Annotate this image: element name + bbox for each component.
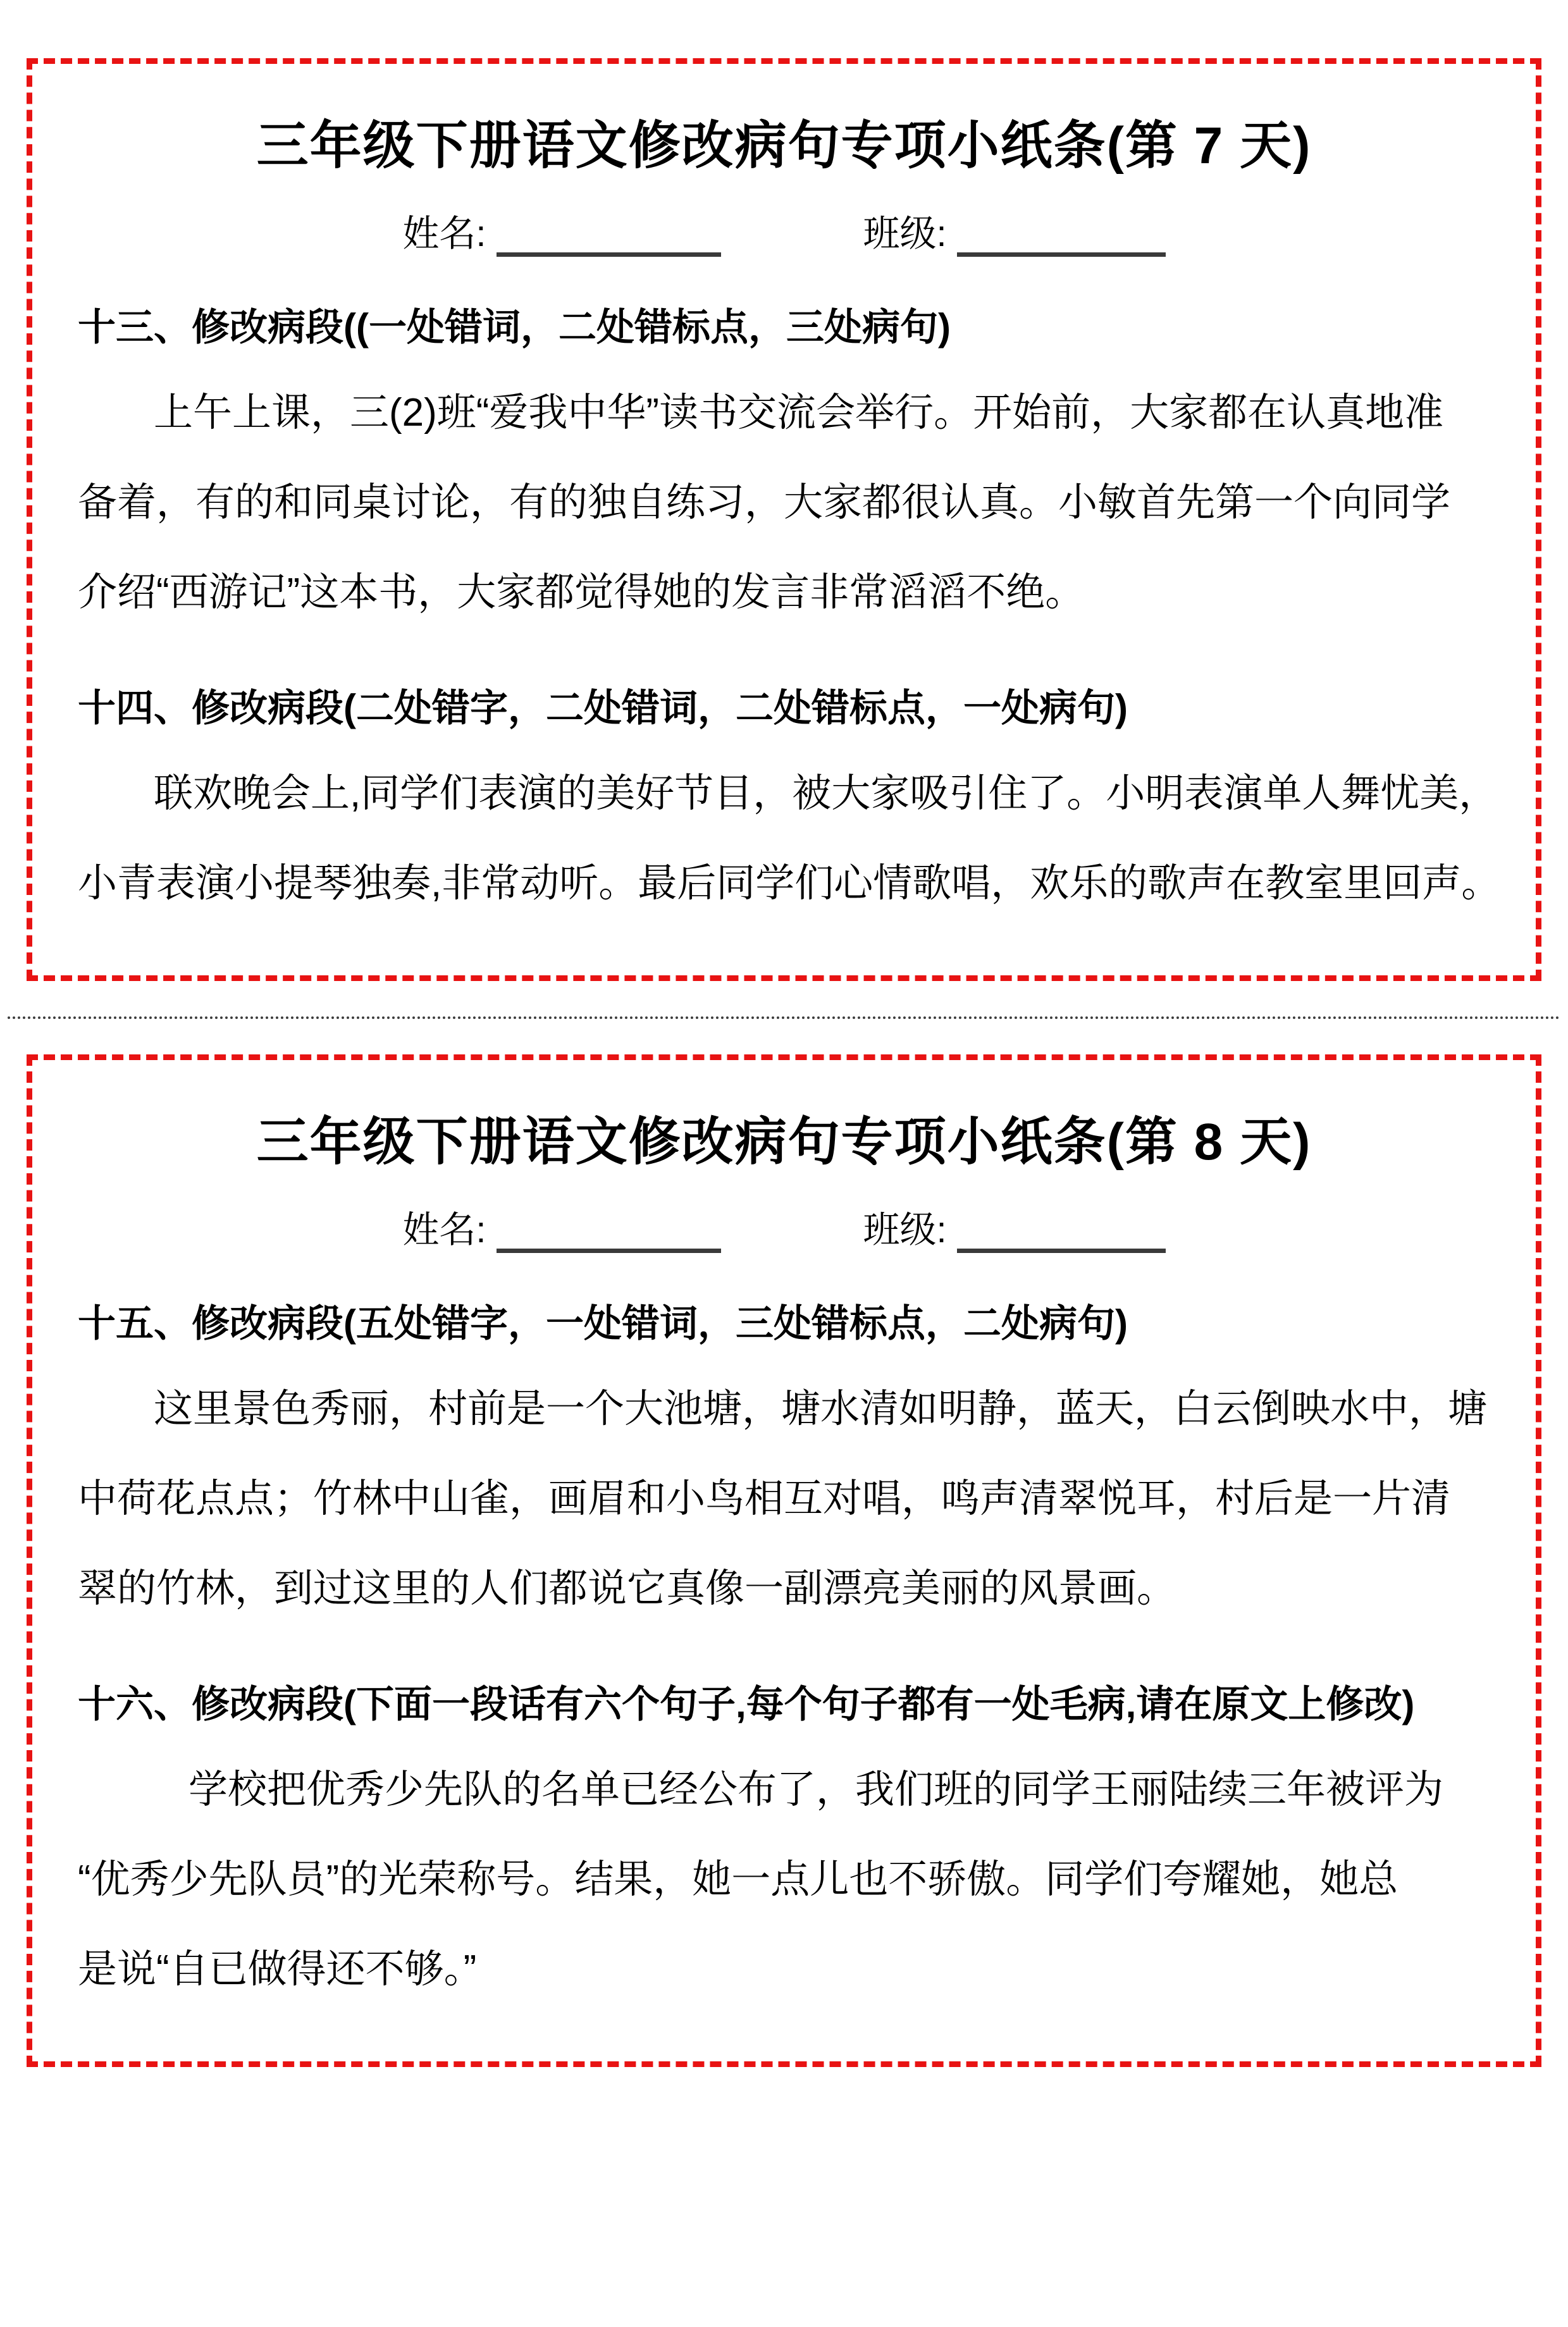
cut-line-divider (8, 1016, 1560, 1019)
page-title: 三年级下册语文修改病句专项小纸条(第 8 天) (78, 1101, 1490, 1175)
class-field: 班级: (863, 204, 1166, 257)
paragraph-line: 备着，有的和同桌讨论，有的独自练习，大家都很认真。小敏首先第一个向同学 (78, 458, 1490, 548)
section-heading-16: 十六、修改病段(下面一段话有六个句子,每个句子都有一处毛病,请在原文上修改) (78, 1674, 1490, 1729)
name-field: 姓名: (402, 204, 720, 257)
name-label: 姓名: (402, 204, 486, 257)
worksheet-slip-day7: 三年级下册语文修改病句专项小纸条(第 7 天) 姓名: 班级: 十三、修改病段(… (27, 58, 1541, 981)
paragraph-line: “优秀少先队员”的光荣称号。结果，她一点儿也不骄傲。同学们夸耀她，她总 (78, 1835, 1490, 1925)
paragraph-line: 是说“自已做得还不够。” (78, 1925, 1490, 2015)
section-paragraph-15: 这里景色秀丽，村前是一个大池塘，塘水清如明静，蓝天，白云倒映水中，塘 中荷花点点… (78, 1364, 1490, 1634)
class-label: 班级: (863, 204, 947, 257)
paragraph-line: 学校把优秀少先队的名单已经公布了，我们班的同学王丽陆续三年被评为 (78, 1745, 1490, 1835)
section-heading-14: 十四、修改病段(二处错字，二处错词，二处错标点，一处病句) (78, 678, 1490, 732)
section-paragraph-16: 学校把优秀少先队的名单已经公布了，我们班的同学王丽陆续三年被评为 “优秀少先队员… (78, 1745, 1490, 2015)
name-class-row: 姓名: 班级: (78, 204, 1490, 257)
page-title: 三年级下册语文修改病句专项小纸条(第 7 天) (78, 104, 1490, 178)
section-heading-13: 十三、修改病段((一处错词，二处错标点，三处病句) (78, 297, 1490, 352)
paragraph-line: 上午上课，三(2)班“爱我中华”读书交流会举行。开始前，大家都在认真地准 (78, 368, 1490, 458)
name-field: 姓名: (402, 1200, 720, 1253)
section-paragraph-14: 联欢晚会上,同学们表演的美好节目，被大家吸引住了。小明表演单人舞忧美， 小青表演… (78, 749, 1490, 929)
paragraph-line: 介绍“西游记”这本书，大家都觉得她的发言非常滔滔不绝。 (78, 548, 1490, 638)
paragraph-line: 联欢晚会上,同学们表演的美好节目，被大家吸引住了。小明表演单人舞忧美， (78, 749, 1490, 839)
worksheet-slip-day8: 三年级下册语文修改病句专项小纸条(第 8 天) 姓名: 班级: 十五、修改病段(… (27, 1054, 1541, 2067)
section-heading-15: 十五、修改病段(五处错字，一处错词，三处错标点，二处病句) (78, 1293, 1490, 1348)
paragraph-line: 翠的竹林，到过这里的人们都说它真像一副漂亮美丽的风景画。 (78, 1544, 1490, 1634)
class-blank-line (957, 220, 1166, 257)
name-label: 姓名: (402, 1200, 486, 1253)
paragraph-line: 这里景色秀丽，村前是一个大池塘，塘水清如明静，蓝天，白云倒映水中，塘 (78, 1364, 1490, 1454)
name-class-row: 姓名: 班级: (78, 1200, 1490, 1253)
paragraph-line: 小青表演小提琴独奏,非常动听。最后同学们心情歌唱，欢乐的歌声在教室里回声。 (78, 839, 1490, 929)
name-blank-line (497, 220, 721, 257)
class-field: 班级: (863, 1200, 1166, 1253)
name-blank-line (497, 1216, 721, 1253)
class-blank-line (957, 1216, 1166, 1253)
class-label: 班级: (863, 1200, 947, 1253)
paragraph-line: 中荷花点点；竹林中山雀，画眉和小鸟相互对唱，鸣声清翠悦耳，村后是一片清 (78, 1454, 1490, 1544)
section-paragraph-13: 上午上课，三(2)班“爱我中华”读书交流会举行。开始前，大家都在认真地准 备着，… (78, 368, 1490, 638)
